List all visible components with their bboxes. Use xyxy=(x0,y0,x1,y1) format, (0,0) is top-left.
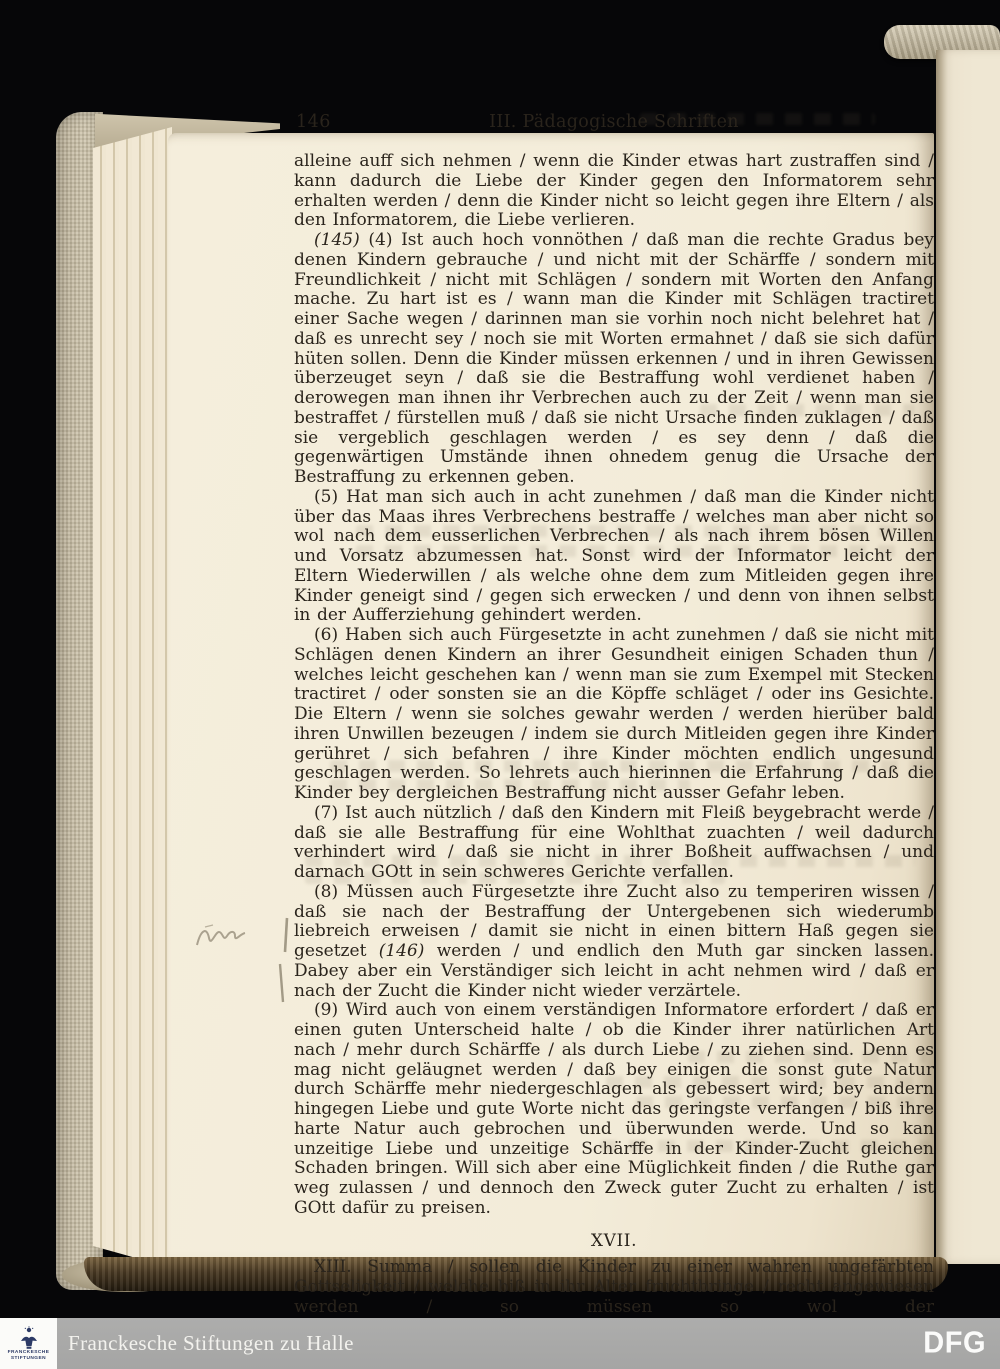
institution-name: Franckesche Stiftungen zu Halle xyxy=(68,1318,354,1369)
pencil-marginalia xyxy=(183,901,303,1006)
eagle-sun-logo-icon xyxy=(18,1326,40,1350)
edition-page-marker: (146) xyxy=(379,941,425,961)
section-heading: XVII. xyxy=(294,1232,934,1252)
logo-text-line2: STIFTUNGEN xyxy=(8,1356,50,1362)
book-page-stack-edge xyxy=(93,122,172,1274)
paragraph: (5) Hat man sich auch in acht zunehmen /… xyxy=(294,488,934,626)
paragraph: XIII. Summa / sollen die Kinder zu einer… xyxy=(294,1258,934,1317)
paragraph: (6) Haben sich auch Fürgesetzte in acht … xyxy=(294,626,934,804)
body-text: alleine auff sich nehmen / wenn die Kind… xyxy=(294,152,934,1318)
page-header: 146 III. Pädagogische Schriften xyxy=(294,112,934,134)
edition-page-marker: (145) xyxy=(314,230,360,250)
logo-text-line1: FRANCKESCHE xyxy=(8,1350,50,1356)
page-content: 146 III. Pädagogische Schriften alleine … xyxy=(294,112,934,1318)
paragraph: (8) Müssen auch Fürgesetzte ihre Zucht a… xyxy=(294,883,934,1002)
franckesche-stiftungen-logo: FRANCKESCHE STIFTUNGEN xyxy=(0,1318,57,1369)
paragraph: (145) (4) Ist auch hoch vonnöthen / daß … xyxy=(294,231,934,488)
paragraph: (7) Ist auch nützlich / daß den Kindern … xyxy=(294,804,934,883)
viewer-footer-bar: FRANCKESCHE STIFTUNGEN Franckesche Stift… xyxy=(0,1318,1000,1369)
paragraph: (9) Wird auch von einem verständigen Inf… xyxy=(294,1001,934,1218)
paragraph: alleine auff sich nehmen / wenn die Kind… xyxy=(294,152,934,231)
dfg-logo: DFG xyxy=(923,1316,986,1369)
running-title: III. Pädagogische Schriften xyxy=(294,112,934,132)
facing-page-edge xyxy=(936,50,1000,1264)
